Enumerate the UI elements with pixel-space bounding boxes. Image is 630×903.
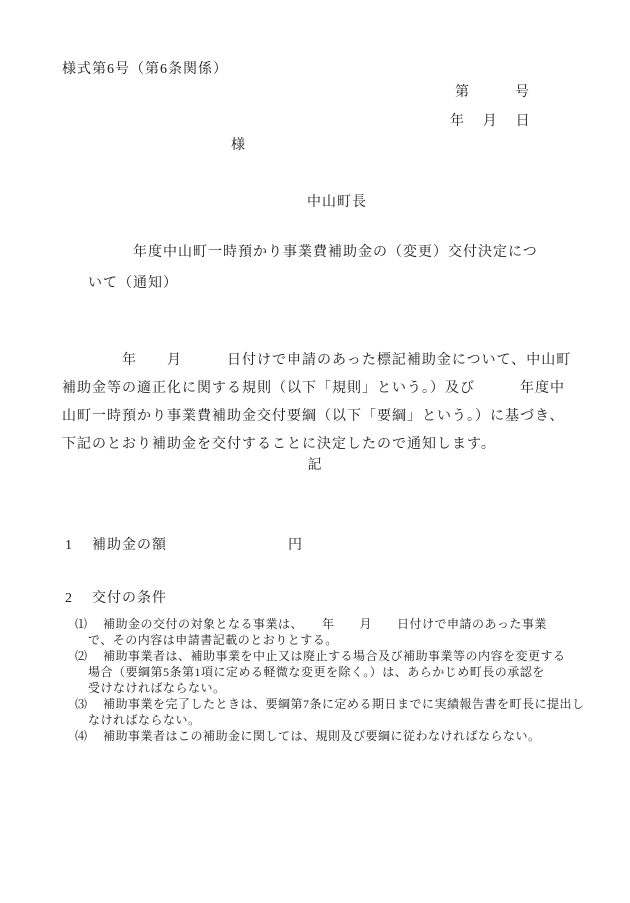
condition-item-4-line-1: ⑷補助事業者はこの補助金に関しては、規則及び要綱に従わなければならない。	[0, 728, 630, 744]
date-line: 年 月 日	[450, 115, 532, 129]
condition-item-2-line-3: 受けなければならない。	[0, 680, 630, 696]
amount-item-number: 1	[65, 539, 73, 553]
sender-name: 中山町長	[307, 196, 367, 210]
conditions-heading-label: 交付の条件	[92, 592, 167, 606]
form-number-label: 様式第6号（第6条関係）	[62, 63, 228, 77]
condition-item-3-line-1: ⑶補助事業を完了したときは、要綱第7条に定める期日までに実績報告書を町長に提出し	[0, 696, 630, 712]
document-page: 様式第6号（第6条関係） 第 号 年 月 日 様 中山町長 年度中山町一時預かり…	[0, 0, 630, 903]
body-paragraph-line-1: 年 月 日付けで申請のあった標記補助金について、中山町	[62, 354, 571, 368]
condition-item-2-line-1: ⑵補助事業者は、補助事業を中止又は廃止する場合及び補助事業等の内容を変更する	[0, 648, 630, 664]
condition-item-2-line-2: 場合（要綱第5条第1項に定める軽微な変更を除く。）は、あらかじめ町長の承認を	[0, 664, 630, 680]
condition-item-4-marker: ⑷	[75, 728, 103, 744]
subject-title-line-2: いて（通知）	[88, 277, 178, 291]
subject-title-line-1: 年度中山町一時預かり事業費補助金の（変更）交付決定につ	[88, 246, 538, 260]
condition-item-1-marker: ⑴	[75, 616, 103, 632]
body-paragraph-line-3: 山町一時預かり事業費補助金交付要綱（以下「要綱」という。）に基づき、	[62, 410, 564, 424]
condition-item-1-line-2: で、その内容は申請書記載のとおりとする。	[0, 632, 630, 648]
document-number-line: 第 号	[455, 86, 530, 100]
condition-item-4-text: 補助事業者はこの補助金に関しては、規則及び要綱に従わなければならない。	[103, 729, 541, 743]
conditions-heading-number: 2	[65, 592, 73, 606]
condition-item-3-line-2: なければならない。	[0, 712, 630, 728]
condition-item-3-text: 補助事業を完了したときは、要綱第7条に定める期日までに実績報告書を町長に提出し	[103, 697, 585, 711]
conditions-subitems: ⑴補助金の交付の対象となる事業は、 年 月 日付けで申請のあった事業 で、その内…	[0, 616, 630, 744]
condition-item-2-marker: ⑵	[75, 648, 103, 664]
condition-item-1-line-1: ⑴補助金の交付の対象となる事業は、 年 月 日付けで申請のあった事業	[0, 616, 630, 632]
body-paragraph-line-2: 補助金等の適正化に関する規則（以下「規則」という。）及び 年度中	[62, 382, 565, 396]
condition-item-3-marker: ⑶	[75, 696, 103, 712]
condition-item-1-text: 補助金の交付の対象となる事業は、 年 月 日付けで申請のあった事業	[103, 617, 547, 631]
amount-item-label: 補助金の額	[92, 539, 167, 553]
condition-item-2-text: 補助事業者は、補助事業を中止又は廃止する場合及び補助事業等の内容を変更する	[103, 649, 566, 663]
record-marker: 記	[0, 459, 630, 473]
amount-unit: 円	[288, 539, 303, 553]
addressee-honorific: 様	[231, 139, 246, 153]
body-paragraph-line-4: 下記のとおり補助金を交付することに決定したので通知します。	[62, 438, 496, 452]
